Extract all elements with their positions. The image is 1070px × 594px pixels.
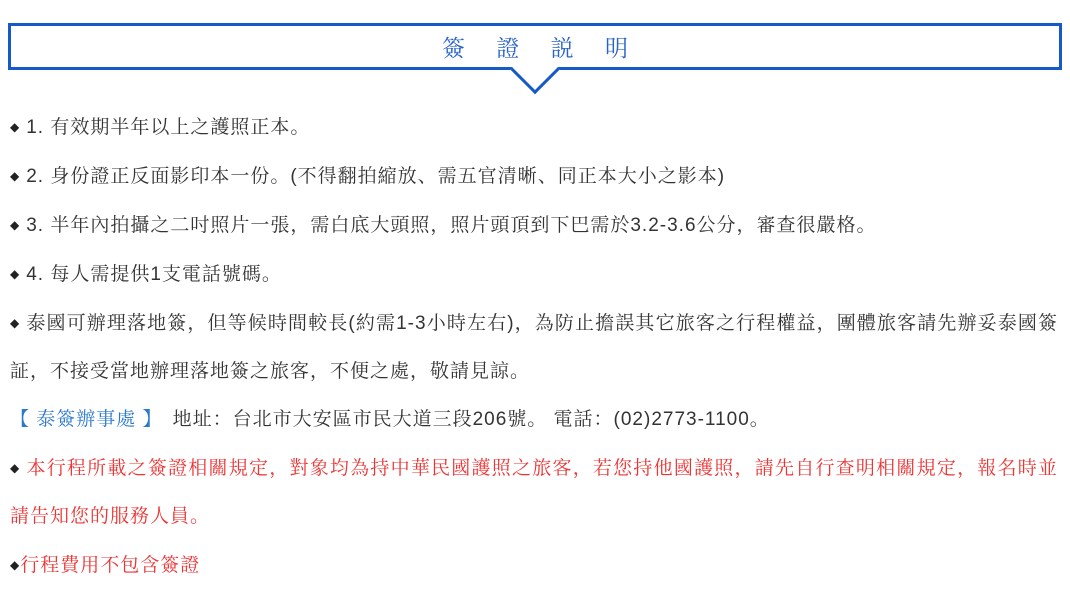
office-address-phone: 地址：台北市大安區市民大道三段206號。 電話：(02)2773-1100。 <box>173 409 770 430</box>
list-item-text: 4. 每人需提供1支電話號碼。 <box>26 264 282 285</box>
list-item-text: 2. 身份證正反面影印本一份。(不得翻拍縮放、需五官清晰、同正本大小之影本) <box>26 166 725 187</box>
diamond-bullet-icon: ◆ <box>10 558 19 572</box>
foreign-passport-warning: ◆本行程所載之簽證相關規定，對象均為持中華民國護照之旅客，若您持他國護照，請先自… <box>10 444 1058 541</box>
list-item-text: 3. 半年內拍攝之二吋照片一張，需白底大頭照，照片頭頂到下巴需於3.2-3.6公… <box>26 215 876 236</box>
visa-fee-text: 行程費用不包含簽證 <box>20 555 200 576</box>
warning-text: 本行程所載之簽證相關規定，對象均為持中華民國護照之旅客，若您持他國護照，請先自行… <box>10 458 1058 527</box>
diamond-bullet-icon: ◆ <box>10 461 19 475</box>
thailand-note-text: 泰國可辦理落地簽，但等候時間較長(約需1-3小時左右)，為防止擔誤其它旅客之行程… <box>10 313 1058 382</box>
list-item-text: 1. 有效期半年以上之護照正本。 <box>26 117 310 138</box>
office-label: 【 泰簽辦事處 】 <box>10 409 163 430</box>
diamond-bullet-icon: ◆ <box>10 169 19 183</box>
diamond-bullet-icon: ◆ <box>10 267 19 281</box>
list-item-phone: ◆4. 每人需提供1支電話號碼。 <box>10 250 1058 299</box>
visa-fee-note: ◆行程費用不包含簽證 <box>10 541 1058 590</box>
diamond-bullet-icon: ◆ <box>10 316 19 330</box>
diamond-bullet-icon: ◆ <box>10 218 19 232</box>
visa-notice-content: ◆1. 有效期半年以上之護照正本。 ◆2. 身份證正反面影印本一份。(不得翻拍縮… <box>10 103 1058 590</box>
visa-info-header: 簽 證 説 明 <box>8 23 1062 70</box>
thailand-landing-visa-note: ◆泰國可辦理落地簽，但等候時間較長(約需1-3小時左右)，為防止擔誤其它旅客之行… <box>10 299 1058 396</box>
visa-office-info: 【 泰簽辦事處 】地址：台北市大安區市民大道三段206號。 電話：(02)277… <box>10 396 1058 444</box>
list-item-id-copy: ◆2. 身份證正反面影印本一份。(不得翻拍縮放、需五官清晰、同正本大小之影本) <box>10 152 1058 201</box>
list-item-photo: ◆3. 半年內拍攝之二吋照片一張，需白底大頭照，照片頭頂到下巴需於3.2-3.6… <box>10 201 1058 250</box>
list-item-passport: ◆1. 有效期半年以上之護照正本。 <box>10 103 1058 152</box>
diamond-bullet-icon: ◆ <box>10 120 19 134</box>
